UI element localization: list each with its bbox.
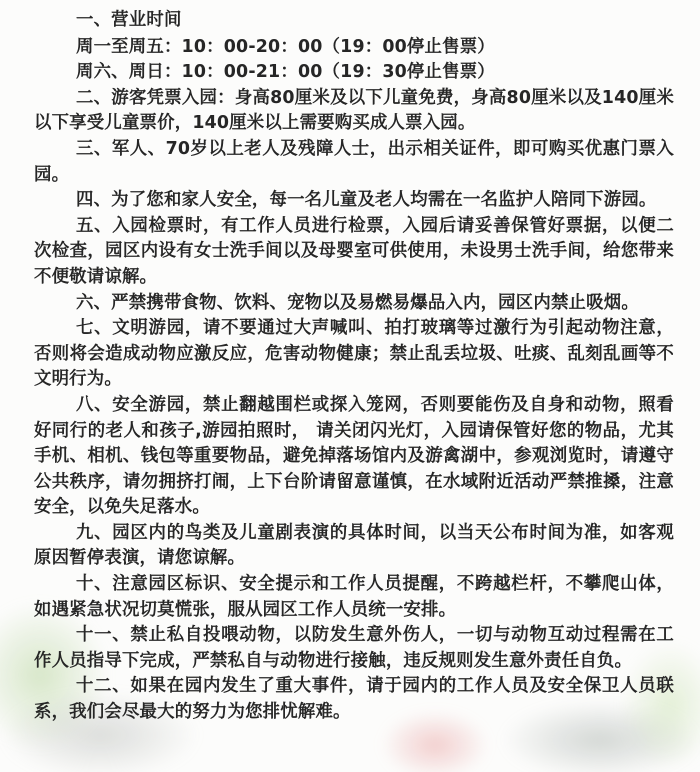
section-signage: 十、注意园区标识、安全提示和工作人员提醒，不跨越栏杆，不攀爬山体，如遇紧急状况切… xyxy=(34,572,674,623)
section-no-feeding: 十一、禁止私自投喂动物，以防发生意外伤人，一切与动物互动过程需在工作人员指导下完… xyxy=(34,623,674,674)
section-ticket-check: 五、入园检票时，有工作人员进行检票，入园后请妥善保管好票据，以便二次检查，园区内… xyxy=(34,214,674,291)
section-guardian: 四、为了您和家人安全，每一名儿童及老人均需在一名监护人陪同下游园。 xyxy=(34,188,674,214)
visitor-rules-document: 一、营业时间 周一至周五：10：00-20：00（19：00停止售票） 周六、周… xyxy=(34,8,674,726)
section-ticket-entry: 二、游客凭票入园：身高80厘米及以下儿童免费，身高80厘米以及140厘米以下享受… xyxy=(34,86,674,137)
section-prohibited-items: 六、严禁携带食物、饮料、宠物以及易燃易爆品入内，园区内禁止吸烟。 xyxy=(34,291,674,317)
weekend-hours: 周六、周日：10：00-21：00（19：30停止售票） xyxy=(34,60,674,86)
section-business-hours-title: 一、营业时间 xyxy=(34,8,674,34)
section-safety: 八、安全游园，禁止翻越围栏或探入笼网，否则要能伤及自身和动物，照看好同行的老人和… xyxy=(34,393,674,521)
weekday-hours: 周一至周五：10：00-20：00（19：00停止售票） xyxy=(34,35,674,61)
section-show-times: 九、园区内的鸟类及儿童剧表演的具体时间，以当天公布时间为准，如客观原因暂停表演，… xyxy=(34,521,674,572)
section-discount-tickets: 三、军人、70岁以上老人及残障人士，出示相关证件，即可购买优惠门票入园。 xyxy=(34,137,674,188)
section-emergency-contact: 十二、如果在园内发生了重大事件，请于园内的工作人员及安全保卫人员联系，我们会尽最… xyxy=(34,674,674,725)
notice-page: 一、营业时间 周一至周五：10：00-20：00（19：00停止售票） 周六、周… xyxy=(0,0,700,772)
section-civilized-visit: 七、文明游园，请不要通过大声喊叫、拍打玻璃等过激行为引起动物注意，否则将会造成动… xyxy=(34,316,674,393)
